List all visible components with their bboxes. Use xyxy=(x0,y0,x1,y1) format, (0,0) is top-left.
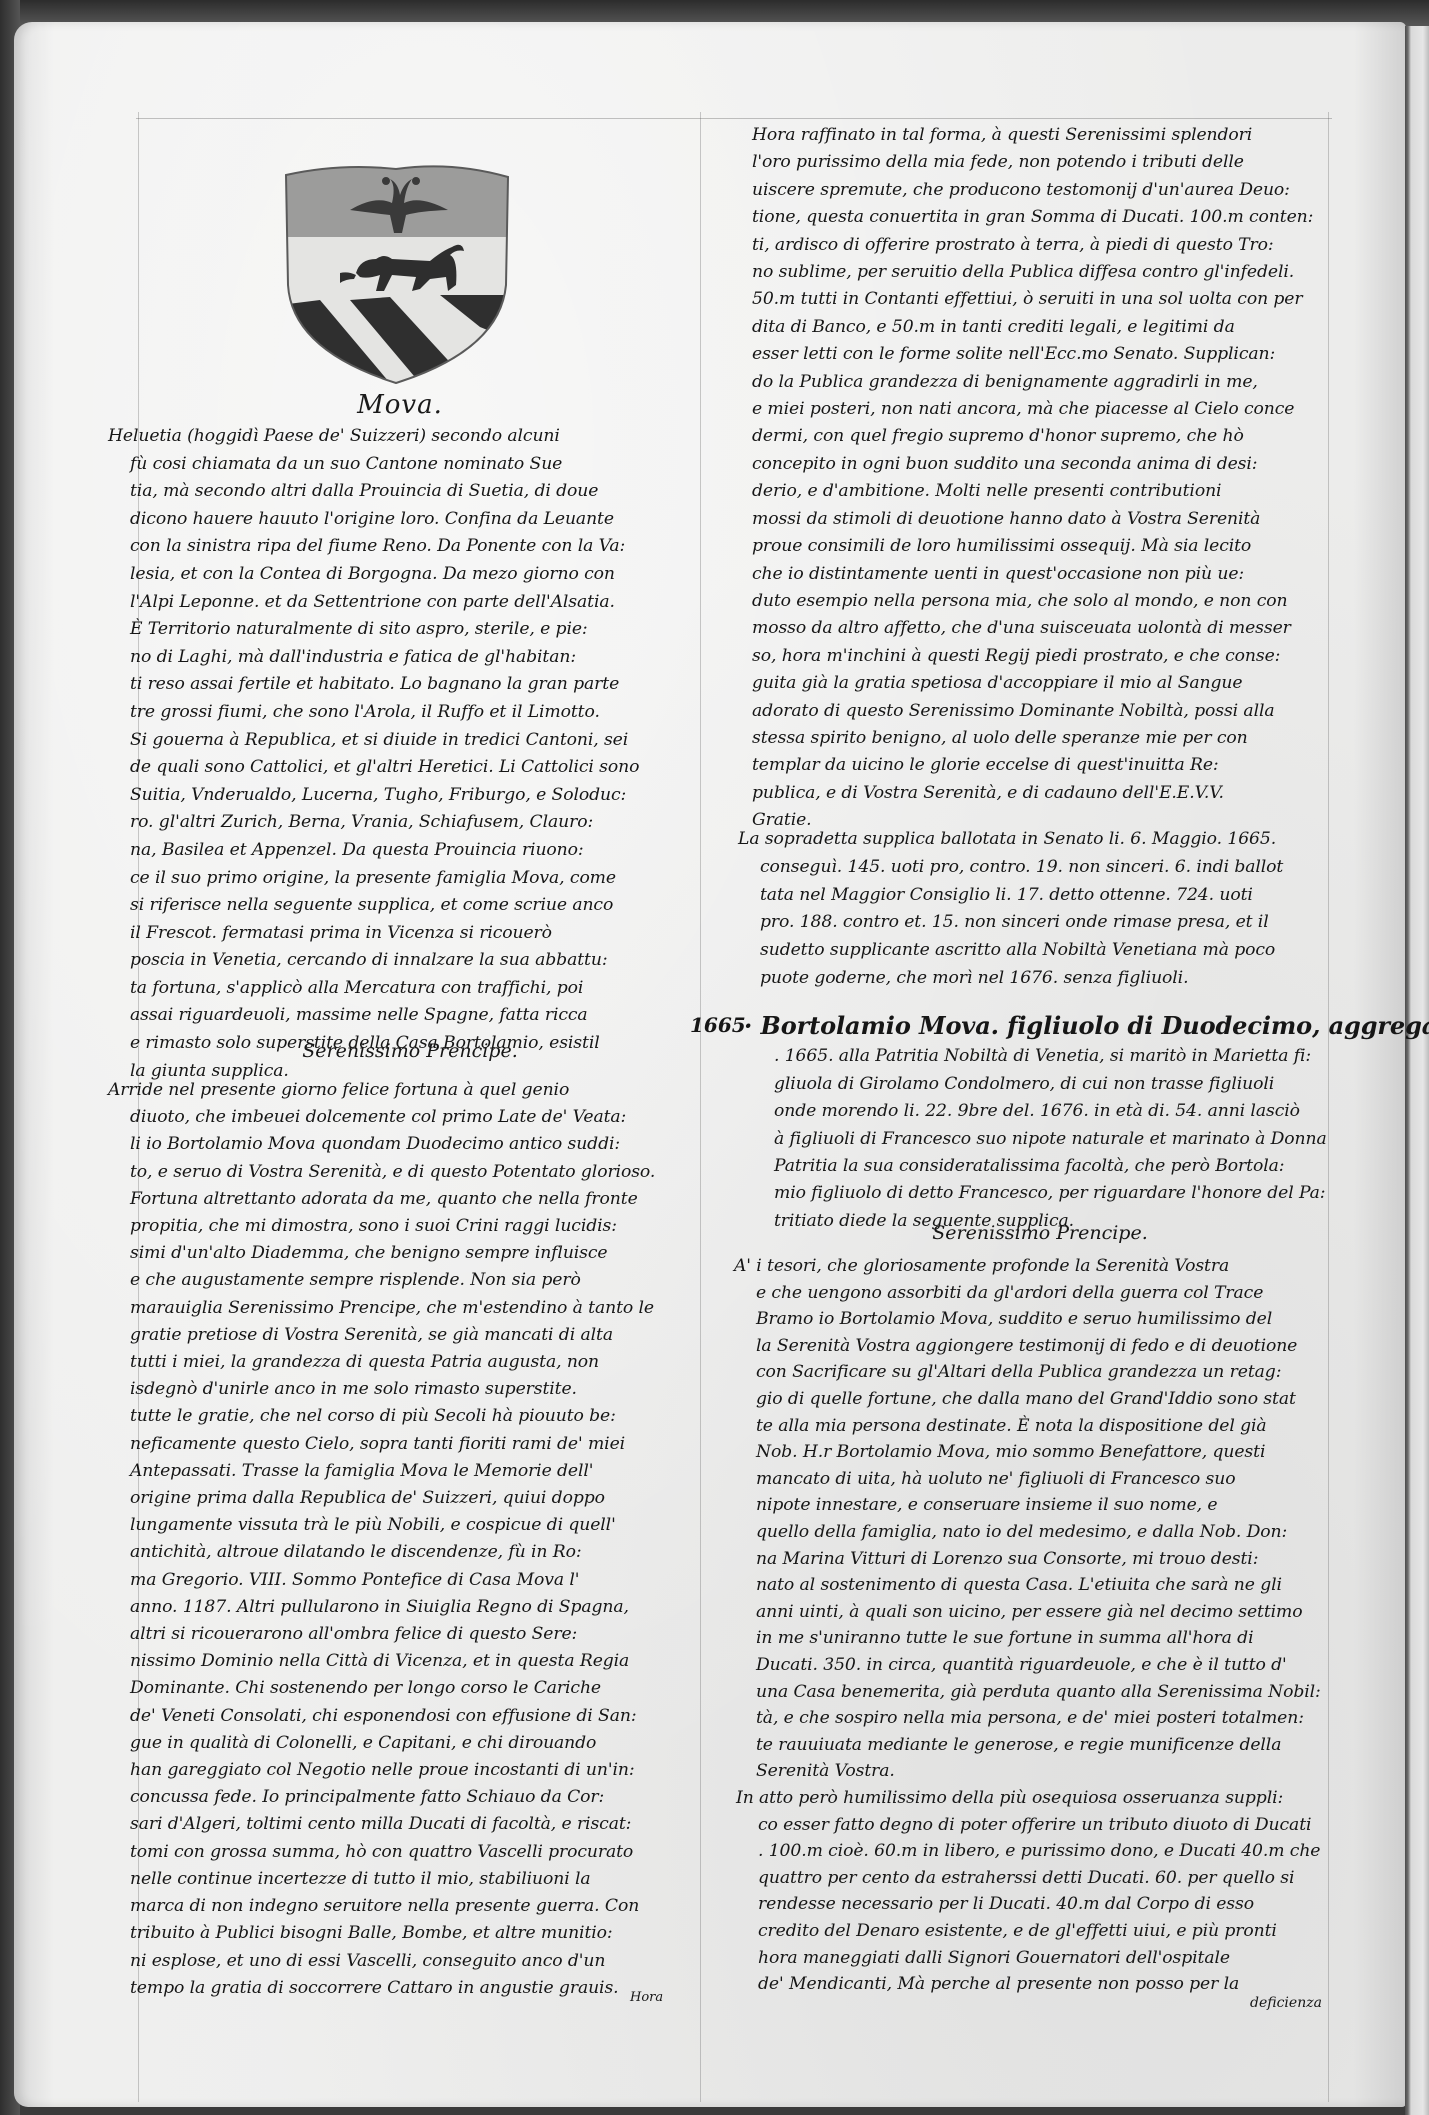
text-line: lesia, et con la Contea di Borgogna. Da … xyxy=(108,561,698,589)
text-line: ti, ardisco di offerire prostrato à terr… xyxy=(752,232,1332,259)
text-line: tutte le gratie, che nel corso di più Se… xyxy=(108,1403,698,1430)
text-line: na, Basilea et Appenzel. Da questa Proui… xyxy=(108,837,698,865)
text-line: à figliuoli di Francesco suo nipote natu… xyxy=(744,1126,1324,1153)
text-line: tomi con grossa summa, hò con quattro Va… xyxy=(108,1839,698,1866)
text-line: de' Veneti Consolati, chi esponendosi co… xyxy=(108,1703,698,1730)
text-line: Si gouerna à Republica, et si diuide in … xyxy=(108,727,698,755)
text-line: concussa fede. Io principalmente fatto S… xyxy=(108,1784,698,1811)
text-line: isdegnò d'unirle anco in me solo rimasto… xyxy=(108,1376,698,1403)
text-line: con la sinistra ripa del fiume Reno. Da … xyxy=(108,533,698,561)
text-line: . 1665. alla Patritia Nobiltà di Venetia… xyxy=(744,1043,1324,1070)
text-line: ro. gl'altri Zurich, Berna, Vrania, Schi… xyxy=(108,809,698,837)
text-line: anno. 1187. Altri pullularono in Siuigli… xyxy=(108,1594,698,1621)
text-line: adorato di questo Serenissimo Dominante … xyxy=(752,698,1332,725)
text-line: diuoto, che imbeuei dolcemente col primo… xyxy=(108,1104,698,1131)
text-line: ni esplose, et uno di essi Vascelli, con… xyxy=(108,1948,698,1975)
text-line: esser letti con le forme solite nell'Ecc… xyxy=(752,341,1332,368)
left-column-intro: Heluetia (hoggidì Paese de' Suizzeri) se… xyxy=(108,423,698,1085)
text-line: simi d'un'alto Diademma, che benigno sem… xyxy=(108,1240,698,1267)
text-line: nato al sostenimento di questa Casa. L'e… xyxy=(734,1572,1314,1599)
text-line: neficamente questo Cielo, sopra tanti fi… xyxy=(108,1431,698,1458)
text-line: gio di quelle fortune, che dalla mano de… xyxy=(734,1386,1314,1413)
text-line: li io Bortolamio Mova quondam Duodecimo … xyxy=(108,1131,698,1158)
text-line: Arride nel presente giorno felice fortun… xyxy=(108,1077,698,1104)
text-line: te alla mia persona destinate. È nota la… xyxy=(734,1413,1314,1440)
text-line: · Bortolamio Mova. figliuolo di Duodecim… xyxy=(744,1012,1324,1043)
right-column-closing: In atto però humilissimo della più osequ… xyxy=(736,1785,1316,1998)
right-column-petition: A' i tesori, che gloriosamente profonde … xyxy=(734,1253,1314,1785)
text-line: templar da uicino le glorie eccelse di q… xyxy=(752,752,1332,779)
genealogy-first-line: · Bortolamio Mova. figliuolo di Duodecim… xyxy=(744,1011,1429,1040)
column-divider-rule xyxy=(700,112,701,2102)
text-line: anni uinti, à quali son uicino, per esse… xyxy=(734,1599,1314,1626)
coat-of-arms xyxy=(280,155,512,385)
text-line: de' Mendicanti, Mà perche al presente no… xyxy=(736,1971,1316,1998)
text-line: gue in qualità di Colonelli, e Capitani,… xyxy=(108,1730,698,1757)
text-line: Serenità Vostra. xyxy=(734,1758,1314,1785)
text-line: l'oro purissimo della mia fede, non pote… xyxy=(752,149,1332,176)
right-catchword: deficienza xyxy=(1250,1995,1322,2011)
text-line: Hora raffinato in tal forma, à questi Se… xyxy=(752,122,1332,149)
text-line: gratie pretiose di Vostra Serenità, se g… xyxy=(108,1322,698,1349)
text-line: do la Publica grandezza di benignamente … xyxy=(752,369,1332,396)
text-line: nipote innestare, e conseruare insieme i… xyxy=(734,1492,1314,1519)
text-line: tione, questa conuertita in gran Somma d… xyxy=(752,204,1332,231)
text-line: Antepassati. Trasse la famiglia Mova le … xyxy=(108,1458,698,1485)
text-line: nissimo Dominio nella Città di Vicenza, … xyxy=(108,1648,698,1675)
text-line: e che uengono assorbiti da gl'ardori del… xyxy=(734,1280,1314,1307)
text-line: te rauuiuata mediante le generose, e reg… xyxy=(734,1732,1314,1759)
text-line: In atto però humilissimo della più osequ… xyxy=(736,1785,1316,1812)
text-line: 50.m tutti in Contanti effettiui, ò seru… xyxy=(752,286,1332,313)
text-line: È Territorio naturalmente di sito aspro,… xyxy=(108,616,698,644)
text-line: con Sacrificare su gl'Altari della Publi… xyxy=(734,1359,1314,1386)
text-line: credito del Denaro esistente, e de gl'ef… xyxy=(736,1918,1316,1945)
text-line: sari d'Algeri, toltimi cento milla Ducat… xyxy=(108,1811,698,1838)
text-line: concepito in ogni buon suddito una secon… xyxy=(752,451,1332,478)
text-line: Nob. H.r Bortolamio Mova, mio sommo Bene… xyxy=(734,1439,1314,1466)
text-line: mosso da altro affetto, che d'una suisce… xyxy=(752,615,1332,642)
text-line: Ducati. 350. in circa, quantità riguarde… xyxy=(734,1652,1314,1679)
text-line: derio, e d'ambitione. Molti nelle presen… xyxy=(752,478,1332,505)
text-line: sudetto supplicante ascritto alla Nobilt… xyxy=(738,937,1318,965)
text-line: tempo la gratia di soccorrere Cattaro in… xyxy=(108,1975,698,2002)
text-line: nelle continue incertezze di tutto il mi… xyxy=(108,1866,698,1893)
top-margin-rule xyxy=(136,118,1332,119)
text-line: e miei posteri, non nati ancora, mà che … xyxy=(752,396,1332,423)
text-line: han gareggiato col Negotio nelle proue i… xyxy=(108,1757,698,1784)
text-line: tribuito à Publici bisogni Balle, Bombe,… xyxy=(108,1920,698,1947)
text-line: poscia in Venetia, cercando di innalzare… xyxy=(108,947,698,975)
text-line: tutti i miei, la grandezza di questa Pat… xyxy=(108,1349,698,1376)
text-line: Suitia, Vnderualdo, Lucerna, Tugho, Frib… xyxy=(108,782,698,810)
text-line: la Serenità Vostra aggiongere testimonij… xyxy=(734,1333,1314,1360)
text-line: ta fortuna, s'applicò alla Mercatura con… xyxy=(108,975,698,1003)
text-line: si riferisce nella seguente supplica, et… xyxy=(108,892,698,920)
text-line: ce il suo primo origine, la presente fam… xyxy=(108,865,698,893)
text-line: guita già la gratia spetiosa d'accoppiar… xyxy=(752,670,1332,697)
text-line: Patritia la sua consideratalissima facol… xyxy=(744,1153,1324,1180)
text-line: marca di non indegno seruitore nella pre… xyxy=(108,1893,698,1920)
margin-year-annotation: 1665 xyxy=(690,1013,746,1037)
text-line: il Frescot. fermatasi prima in Vicenza s… xyxy=(108,920,698,948)
text-line: uiscere spremute, che producono testomon… xyxy=(752,177,1332,204)
text-line: mio figliuolo di detto Francesco, per ri… xyxy=(744,1180,1324,1207)
text-line: propitia, che mi dimostra, sono i suoi C… xyxy=(108,1213,698,1240)
text-line: mossi da stimoli di deuotione hanno dato… xyxy=(752,506,1332,533)
text-line: rendesse necessario per li Ducati. 40.m … xyxy=(736,1891,1316,1918)
text-line: so, hora m'inchini à questi Regij piedi … xyxy=(752,643,1332,670)
text-line: una Casa benemerita, già perduta quanto … xyxy=(734,1679,1314,1706)
text-line: conseguì. 145. uoti pro, contro. 19. non… xyxy=(738,854,1318,882)
right-column-ballot-record: La sopradetta supplica ballotata in Sena… xyxy=(738,826,1318,993)
text-line: na Marina Vitturi di Lorenzo sua Consort… xyxy=(734,1546,1314,1573)
text-line: e che augustamente sempre risplende. Non… xyxy=(108,1267,698,1294)
left-column-petition: Arride nel presente giorno felice fortun… xyxy=(108,1077,698,2002)
text-line: no sublime, per seruitio della Publica d… xyxy=(752,259,1332,286)
text-line: publica, e di Vostra Serenità, e di cada… xyxy=(752,780,1332,807)
text-line: origine prima dalla Republica de' Suizze… xyxy=(108,1485,698,1512)
text-line: puote goderne, che morì nel 1676. senza … xyxy=(738,965,1318,993)
text-line: hora maneggiati dalli Signori Gouernator… xyxy=(736,1945,1316,1972)
text-line: dicono hauere hauuto l'origine loro. Con… xyxy=(108,506,698,534)
left-catchword: Hora xyxy=(630,1990,663,2005)
text-line: . 100.m cioè. 60.m in libero, e purissim… xyxy=(736,1838,1316,1865)
text-line: l'Alpi Leponne. et da Settentrione con p… xyxy=(108,589,698,617)
text-line: che io distintamente uenti in quest'occa… xyxy=(752,561,1332,588)
text-line: stessa spirito benigno, al uolo delle sp… xyxy=(752,725,1332,752)
text-line: to, e seruo di Vostra Serenità, e di que… xyxy=(108,1159,698,1186)
text-line: Heluetia (hoggidì Paese de' Suizzeri) se… xyxy=(108,423,698,451)
text-line: gliuola di Girolamo Condolmero, di cui n… xyxy=(744,1071,1324,1098)
text-line: antichità, altroue dilatando le discende… xyxy=(108,1539,698,1566)
text-line: mancato di uita, hà uoluto ne' figliuoli… xyxy=(734,1466,1314,1493)
text-line: lungamente vissuta trà le più Nobili, e … xyxy=(108,1512,698,1539)
text-line: tre grossi fiumi, che sono l'Arola, il R… xyxy=(108,699,698,727)
right-column-continuation: Hora raffinato in tal forma, à questi Se… xyxy=(752,122,1332,835)
text-line: ma Gregorio. VIII. Sommo Pontefice di Ca… xyxy=(108,1567,698,1594)
right-petition-heading: Serenissimo Prencipe. xyxy=(860,1222,1220,1244)
text-line: Fortuna altrettanto adorata da me, quant… xyxy=(108,1186,698,1213)
text-line: altri si ricouerarono all'ombra felice d… xyxy=(108,1621,698,1648)
text-line: dermi, con quel fregio supremo d'honor s… xyxy=(752,423,1332,450)
text-line: quello della famiglia, nato io del medes… xyxy=(734,1519,1314,1546)
text-line: Bramo io Bortolamio Mova, suddito e seru… xyxy=(734,1306,1314,1333)
text-line: pro. 188. contro et. 15. non sinceri ond… xyxy=(738,909,1318,937)
text-line: ti reso assai fertile et habitato. Lo ba… xyxy=(108,671,698,699)
text-line: assai riguardeuoli, massime nelle Spagne… xyxy=(108,1002,698,1030)
text-line: quattro per cento da estraherssi detti D… xyxy=(736,1865,1316,1892)
right-column-genealogy: · Bortolamio Mova. figliuolo di Duodecim… xyxy=(744,1012,1324,1235)
text-line: tata nel Maggior Consiglio li. 17. detto… xyxy=(738,882,1318,910)
text-line: co esser fatto degno di poter offerire u… xyxy=(736,1812,1316,1839)
text-line: A' i tesori, che gloriosamente profonde … xyxy=(734,1253,1314,1280)
left-petition-heading: Serenissimo Prencipe. xyxy=(230,1040,590,1062)
page-edge-right xyxy=(1405,26,1429,2115)
text-line: tà, e che sospiro nella mia persona, e d… xyxy=(734,1705,1314,1732)
text-line: no di Laghi, mà dall'industria e fatica … xyxy=(108,644,698,672)
text-line: in me s'uniranno tutte le sue fortune in… xyxy=(734,1625,1314,1652)
text-line: fù cosi chiamata da un suo Cantone nomin… xyxy=(108,451,698,479)
text-line: tia, mà secondo altri dalla Prouincia di… xyxy=(108,478,698,506)
text-line: duto esempio nella persona mia, che solo… xyxy=(752,588,1332,615)
text-line: Dominante. Chi sostenendo per longo cors… xyxy=(108,1675,698,1702)
heraldic-shield-icon xyxy=(280,155,512,385)
text-line: de quali sono Cattolici, et gl'altri Her… xyxy=(108,754,698,782)
text-line: dita di Banco, e 50.m in tanti crediti l… xyxy=(752,314,1332,341)
text-line: proue consimili de loro humilissimi osse… xyxy=(752,533,1332,560)
text-line: La sopradetta supplica ballotata in Sena… xyxy=(738,826,1318,854)
family-name-heading: Mova. xyxy=(340,390,460,420)
text-line: onde morendo li. 22. 9bre del. 1676. in … xyxy=(744,1098,1324,1125)
text-line: marauiglia Serenissimo Prencipe, che m'e… xyxy=(108,1295,698,1322)
